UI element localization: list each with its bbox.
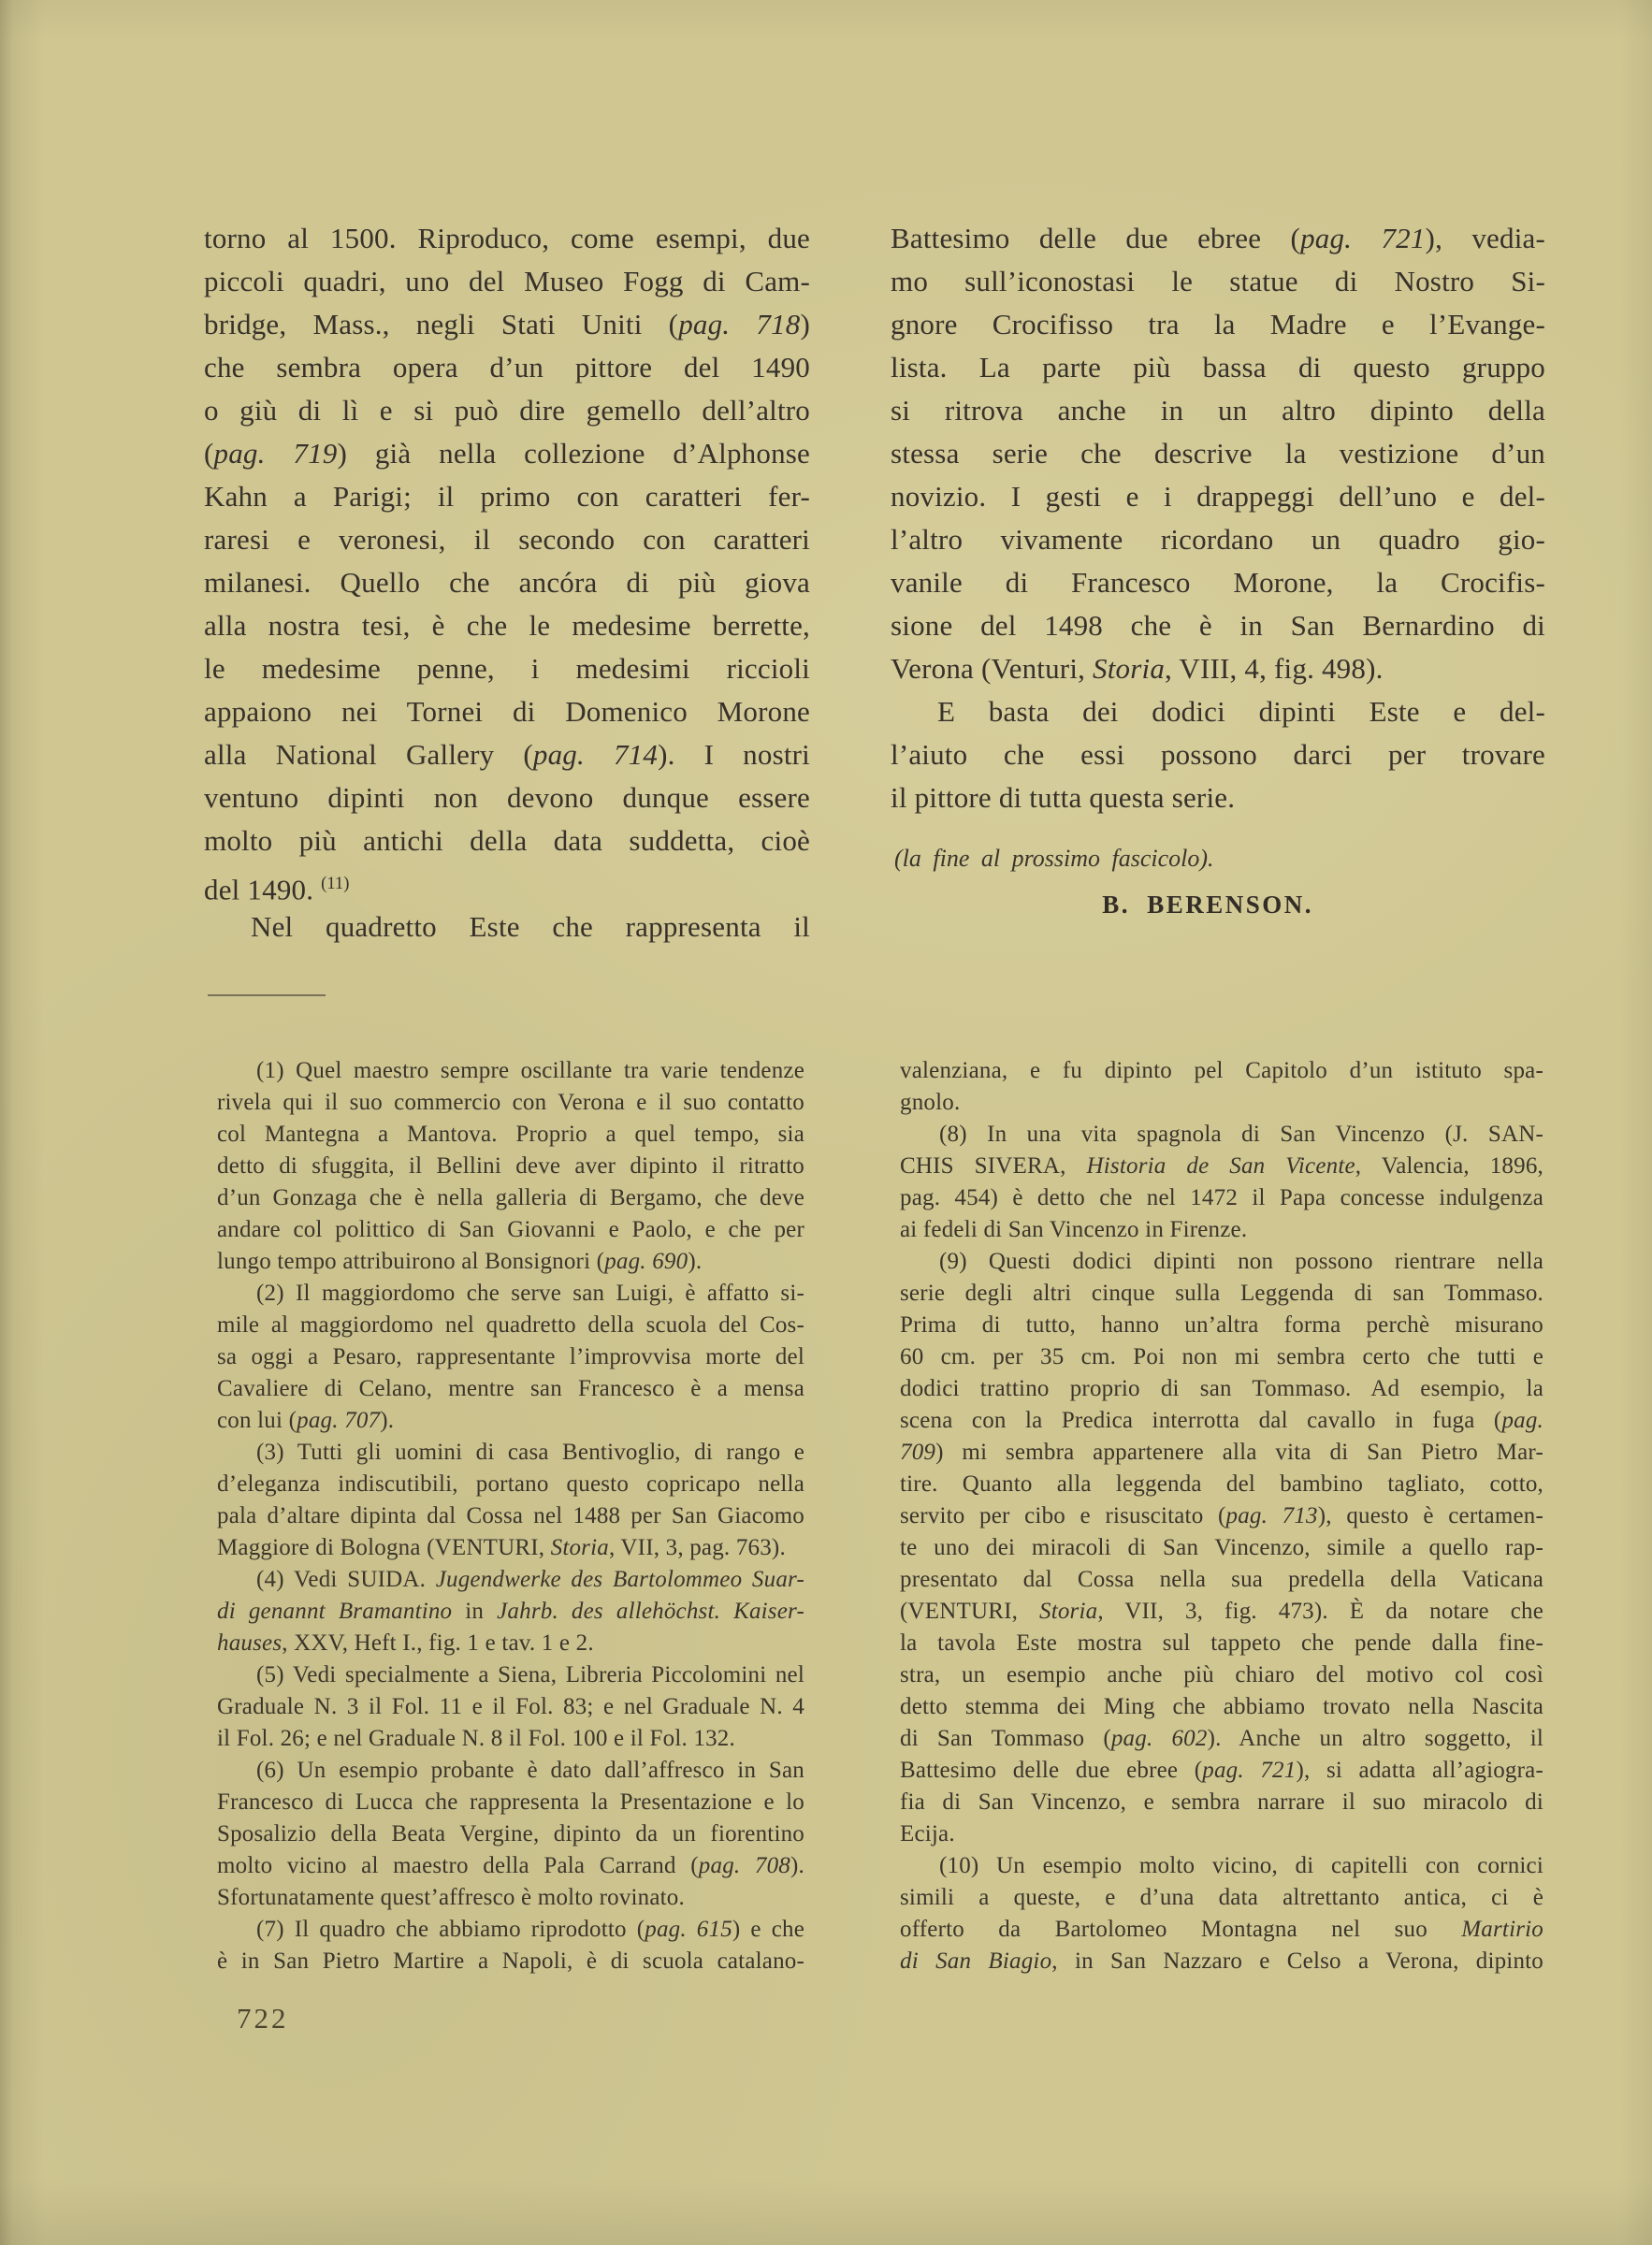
text-line: gnore Crocifisso tra la Madre e l’Evange… bbox=[891, 303, 1545, 346]
footnote-line: offerto da Bartolomeo Montagna nel suo M… bbox=[900, 1914, 1543, 1946]
footnote-line: d’eleganza indiscutibili, portano questo… bbox=[217, 1469, 804, 1500]
author-signature: B. BERENSON. bbox=[891, 891, 1545, 920]
footnote-line: pag. 454) è detto che nel 1472 il Papa c… bbox=[900, 1182, 1543, 1214]
text-line: che sembra opera d’un pittore del 1490 bbox=[204, 346, 810, 389]
footnote-line: simili a queste, e d’una data altrettant… bbox=[900, 1882, 1543, 1914]
footnote-line: lungo tempo attribuirono al Bonsignori (… bbox=[217, 1246, 804, 1278]
text-line: E basta dei dodici dipinti Este e del- bbox=[891, 690, 1545, 733]
footnote-line: con lui (pag. 707). bbox=[217, 1405, 804, 1437]
footnote-line: (9) Questi dodici dipinti non possono ri… bbox=[900, 1246, 1543, 1278]
closing-note: (la fine al prossimo fascicolo). bbox=[894, 843, 1549, 875]
footnote-line: CHIS SIVERA, Historia de San Vicente, Va… bbox=[900, 1151, 1543, 1182]
text-line: Verona (Venturi, Storia, VIII, 4, fig. 4… bbox=[891, 647, 1545, 690]
text-line: le medesime penne, i medesimi riccioli bbox=[204, 647, 810, 690]
footnote-line: Graduale N. 3 il Fol. 11 e il Fol. 83; e… bbox=[217, 1691, 804, 1723]
footnote-line: (5) Vedi specialmente a Siena, Libreria … bbox=[217, 1659, 804, 1691]
footnote-line: Sfortunatamente quest’affresco è molto r… bbox=[217, 1882, 804, 1914]
text-line: molto più antichi della data suddetta, c… bbox=[204, 819, 810, 862]
footnote-line: fia di San Vincenzo, e sembra narrare il… bbox=[900, 1787, 1543, 1818]
footnote-line: gnolo. bbox=[900, 1087, 1543, 1119]
text-line: raresi e veronesi, il secondo con caratt… bbox=[204, 518, 810, 561]
footnote-line: mile al maggiordomo nel quadretto della … bbox=[217, 1310, 804, 1341]
footnote-line: d’un Gonzaga che è nella galleria di Ber… bbox=[217, 1182, 804, 1214]
footnote-line: di genannt Bramantino in Jahrb. des alle… bbox=[217, 1596, 804, 1628]
footnote-line: (10) Un esempio molto vicino, di capitel… bbox=[900, 1850, 1543, 1882]
footnote-line: Ecija. bbox=[900, 1818, 1543, 1850]
text-line: il pittore di tutta questa serie. bbox=[891, 776, 1545, 819]
footnote-line: Francesco di Lucca che rappresenta la Pr… bbox=[217, 1787, 804, 1818]
footnote-line: (1) Quel maestro sempre oscillante tra v… bbox=[217, 1055, 804, 1087]
footnote-line: Prima di tutto, hanno un’altra forma per… bbox=[900, 1310, 1543, 1341]
footnote-line: la tavola Este mostra sul tappeto che pe… bbox=[900, 1628, 1543, 1659]
footnote-line: (2) Il maggiordomo che serve san Luigi, … bbox=[217, 1278, 804, 1310]
footnote-line: molto vicino al maestro della Pala Carra… bbox=[217, 1850, 804, 1882]
text-line: Nel quadretto Este che rappresenta il bbox=[204, 905, 810, 949]
footnotes-right-column: valenziana, e fu dipinto pel Capitolo d’… bbox=[900, 1055, 1543, 1977]
footnote-line: (3) Tutti gli uomini di casa Bentivoglio… bbox=[217, 1437, 804, 1469]
footnote-line: te uno dei miracoli di San Vincenzo, sim… bbox=[900, 1532, 1543, 1564]
text-line: vanile di Francesco Morone, la Crocifis- bbox=[891, 561, 1545, 604]
footnote-line: serie degli altri cinque sulla Leggenda … bbox=[900, 1278, 1543, 1310]
footnote-line: stra, un esempio anche più chiaro del mo… bbox=[900, 1659, 1543, 1691]
footnotes-left-column: (1) Quel maestro sempre oscillante tra v… bbox=[217, 1055, 804, 1977]
footnote-line: ai fedeli di San Vincenzo in Firenze. bbox=[900, 1214, 1543, 1246]
text-line: alla nostra tesi, è che le medesime berr… bbox=[204, 604, 810, 647]
text-line: sione del 1498 che è in San Bernardino d… bbox=[891, 604, 1545, 647]
footnote-line: sa oggi a Pesaro, rappresentante l’impro… bbox=[217, 1341, 804, 1373]
footnote-line: servito per cibo e risuscitato (pag. 713… bbox=[900, 1500, 1543, 1532]
footnote-line: Maggiore di Bologna (VENTURI, Storia, VI… bbox=[217, 1532, 804, 1564]
footnote-line: tire. Quanto alla leggenda del bambino t… bbox=[900, 1469, 1543, 1500]
text-line: l’aiuto che essi possono darci per trova… bbox=[891, 733, 1545, 776]
footnote-line: scena con la Predica interrotta dal cava… bbox=[900, 1405, 1543, 1437]
footnote-line: hauses, XXV, Heft I., fig. 1 e tav. 1 e … bbox=[217, 1628, 804, 1659]
main-text-left-column: torno al 1500. Riproduco, come esempi, d… bbox=[204, 217, 810, 949]
text-line: Battesimo delle due ebree (pag. 721), ve… bbox=[891, 217, 1545, 260]
text-line: l’altro vivamente ricordano un quadro gi… bbox=[891, 518, 1545, 561]
text-line: stessa serie che descrive la vestizione … bbox=[891, 432, 1545, 475]
text-line: milanesi. Quello che ancóra di più giova bbox=[204, 561, 810, 604]
text-line: lista. La parte più bassa di questo grup… bbox=[891, 346, 1545, 389]
footnote-line: detto stemma dei Ming che abbiamo trovat… bbox=[900, 1691, 1543, 1723]
footnote-line: 60 cm. per 35 cm. Poi non mi sembra cert… bbox=[900, 1341, 1543, 1373]
footnote-divider bbox=[208, 994, 326, 996]
footnote-line: 709) mi sembra appartenere alla vita di … bbox=[900, 1437, 1543, 1469]
footnote-line: dodici trattino proprio di san Tommaso. … bbox=[900, 1373, 1543, 1405]
text-line: o giù di lì e si può dire gemello dell’a… bbox=[204, 389, 810, 432]
footnote-line: valenziana, e fu dipinto pel Capitolo d’… bbox=[900, 1055, 1543, 1087]
text-line: piccoli quadri, uno del Museo Fogg di Ca… bbox=[204, 260, 810, 303]
footnote-line: il Fol. 26; e nel Graduale N. 8 il Fol. … bbox=[217, 1723, 804, 1755]
footnote-line: (8) In una vita spagnola di San Vincenzo… bbox=[900, 1119, 1543, 1151]
footnote-line: presentato dal Cossa nella sua predella … bbox=[900, 1564, 1543, 1596]
footnote-line: Sposalizio della Beata Vergine, dipinto … bbox=[217, 1818, 804, 1850]
text-line: del 1490. (11) bbox=[204, 862, 810, 905]
text-line: novizio. I gesti e i drappeggi dell’uno … bbox=[891, 475, 1545, 518]
text-line: Kahn a Parigi; il primo con caratteri fe… bbox=[204, 475, 810, 518]
footnote-line: (4) Vedi SUIDA. Jugendwerke des Bartolom… bbox=[217, 1564, 804, 1596]
footnote-line: (7) Il quadro che abbiamo riprodotto (pa… bbox=[217, 1914, 804, 1946]
text-line: torno al 1500. Riproduco, come esempi, d… bbox=[204, 217, 810, 260]
footnote-line: (VENTURI, Storia, VII, 3, fig. 473). È d… bbox=[900, 1596, 1543, 1628]
footnote-line: detto di sfuggita, il Bellini deve aver … bbox=[217, 1151, 804, 1182]
footnote-line: Cavaliere di Celano, mentre san Francesc… bbox=[217, 1373, 804, 1405]
text-line: mo sull’iconostasi le statue di Nostro S… bbox=[891, 260, 1545, 303]
footnote-line: col Mantegna a Mantova. Proprio a quel t… bbox=[217, 1119, 804, 1151]
footnote-line: Battesimo delle due ebree (pag. 721), si… bbox=[900, 1755, 1543, 1787]
footnote-line: andare col polittico di San Giovanni e P… bbox=[217, 1214, 804, 1246]
page-number: 722 bbox=[237, 2002, 289, 2035]
footnote-line: è in San Pietro Martire a Napoli, è di s… bbox=[217, 1946, 804, 1977]
text-line: appaiono nei Tornei di Domenico Morone bbox=[204, 690, 810, 733]
footnote-line: pala d’altare dipinta dal Cossa nel 1488… bbox=[217, 1500, 804, 1532]
text-line: ventuno dipinti non devono dunque essere bbox=[204, 776, 810, 819]
text-line: si ritrova anche in un altro dipinto del… bbox=[891, 389, 1545, 432]
page: torno al 1500. Riproduco, come esempi, d… bbox=[0, 0, 1652, 2245]
footnote-line: (6) Un esempio probante è dato dall’affr… bbox=[217, 1755, 804, 1787]
main-text-right-column: Battesimo delle due ebree (pag. 721), ve… bbox=[891, 217, 1545, 819]
footnote-line: di San Biagio, in San Nazzaro e Celso a … bbox=[900, 1946, 1543, 1977]
text-line: (pag. 719) già nella collezione d’Alphon… bbox=[204, 432, 810, 475]
text-line: bridge, Mass., negli Stati Uniti (pag. 7… bbox=[204, 303, 810, 346]
footnote-line: di San Tommaso (pag. 602). Anche un altr… bbox=[900, 1723, 1543, 1755]
footnote-line: rivela qui il suo commercio con Verona e… bbox=[217, 1087, 804, 1119]
text-line: alla National Gallery (pag. 714). I nost… bbox=[204, 733, 810, 776]
